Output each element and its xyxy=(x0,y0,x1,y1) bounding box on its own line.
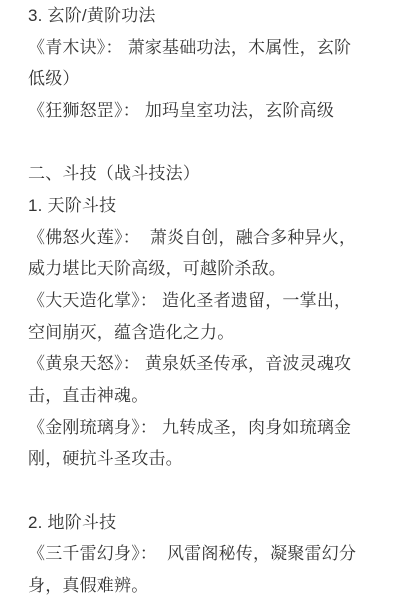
entry-jingangliulishen-line2: 刚，硬抗斗圣攻击。 xyxy=(28,443,382,475)
blank-line xyxy=(28,475,382,507)
entry-qingmujue-line1: 《青木诀》： 萧家基础功法，木属性，玄阶 xyxy=(28,32,382,64)
entry-sanqianleihuanshen-line2: 身，真假难辨。 xyxy=(28,570,382,602)
entry-sanqianleihuanshen-line1: 《三千雷幻身》： 风雷阁秘传，凝聚雷幻分 xyxy=(28,538,382,570)
entry-kuangshinugang-line1: 《狂狮怒罡》： 加玛皇室功法，玄阶高级 xyxy=(28,95,382,127)
entry-datianzaohuazhang-line1: 《大天造化掌》： 造化圣者遗留，一掌出， xyxy=(28,285,382,317)
heading-douji: 二、斗技（战斗技法） xyxy=(28,158,382,190)
entry-huangquantiannu-line2: 击，直击神魂。 xyxy=(28,380,382,412)
entry-huangquantiannu-line1: 《黄泉天怒》： 黄泉妖圣传承，音波灵魂攻 xyxy=(28,348,382,380)
heading-tianjie-douji: 1. 天阶斗技 xyxy=(28,190,382,222)
blank-line xyxy=(28,127,382,159)
heading-dijie-douji: 2. 地阶斗技 xyxy=(28,507,382,539)
article-text: 3. 玄阶/黄阶功法 《青木诀》： 萧家基础功法，木属性，玄阶 低级） 《狂狮怒… xyxy=(0,0,400,602)
entry-fonuhuolian-line1: 《佛怒火莲》： 萧炎自创，融合多种异火， xyxy=(28,222,382,254)
entry-datianzaohuazhang-line2: 空间崩灭，蕴含造化之力。 xyxy=(28,317,382,349)
heading-xuanjie-huangjie-gongfa: 3. 玄阶/黄阶功法 xyxy=(28,0,382,32)
entry-fonuhuolian-line2: 威力堪比天阶高级，可越阶杀敌。 xyxy=(28,253,382,285)
entry-qingmujue-line2: 低级） xyxy=(28,63,382,95)
entry-jingangliulishen-line1: 《金刚琉璃身》： 九转成圣，肉身如琉璃金 xyxy=(28,412,382,444)
